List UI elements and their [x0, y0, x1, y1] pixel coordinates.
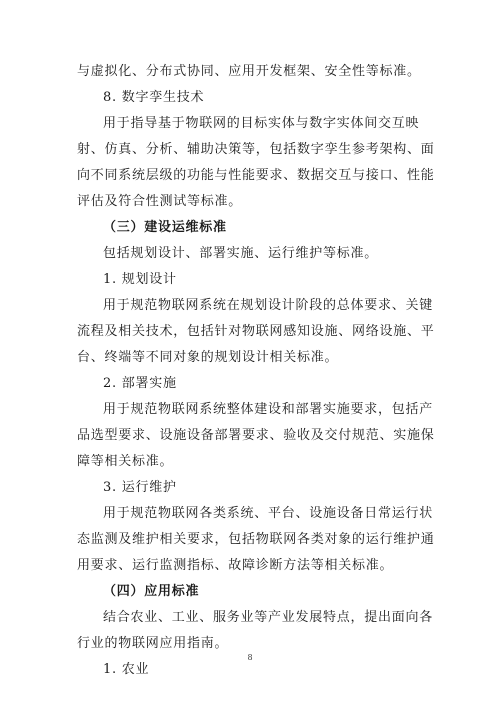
paragraph-line: 品选型要求、设施设备部署要求、验收及交付规范、实施保 [77, 423, 427, 449]
paragraph-line: 用要求、运行监测指标、故障诊断方法等相关标准。 [77, 553, 427, 579]
paragraph-line: 向不同系统层级的功能与性能要求、数据交互与接口、性能 [77, 163, 427, 189]
paragraph-continuation: 与虚拟化、分布式协同、应用开发框架、安全性等标准。 [77, 59, 427, 85]
page-body: 与虚拟化、分布式协同、应用开发框架、安全性等标准。 8. 数字孪生技术 用于指导… [77, 59, 427, 683]
page-number: 8 [0, 653, 500, 662]
document-page: 与虚拟化、分布式协同、应用开发框架、安全性等标准。 8. 数字孪生技术 用于指导… [0, 0, 500, 707]
paragraph-line: 射、仿真、分析、辅助决策等，包括数字孪生参考架构、面 [77, 137, 427, 163]
paragraph-line: 包括规划设计、部署实施、运行维护等标准。 [77, 241, 427, 267]
paragraph-line: 台、终端等不同对象的规划设计相关标准。 [77, 345, 427, 371]
subsection-heading-deployment: 2. 部署实施 [77, 371, 427, 397]
paragraph-line: 结合农业、工业、服务业等产业发展特点，提出面向各 [77, 605, 427, 631]
subsection-heading-operation-maintenance: 3. 运行维护 [77, 475, 427, 501]
paragraph-line: 障等相关标准。 [77, 449, 427, 475]
paragraph-line: 用于指导基于物联网的目标实体与数字实体间交互映 [77, 111, 427, 137]
section-heading-construction-operation: （三）建设运维标准 [77, 215, 427, 241]
paragraph-line: 用于规范物联网系统在规划设计阶段的总体要求、关键 [77, 293, 427, 319]
section-heading-application: （四）应用标准 [77, 579, 427, 605]
paragraph-line: 评估及符合性测试等标准。 [77, 189, 427, 215]
paragraph-line: 用于规范物联网系统整体建设和部署实施要求，包括产 [77, 397, 427, 423]
subsection-heading-digital-twin: 8. 数字孪生技术 [77, 85, 427, 111]
subsection-heading-planning-design: 1. 规划设计 [77, 267, 427, 293]
paragraph-line: 态监测及维护相关要求，包括物联网各类对象的运行维护通 [77, 527, 427, 553]
paragraph-line: 用于规范物联网各类系统、平台、设施设备日常运行状 [77, 501, 427, 527]
paragraph-line: 流程及相关技术，包括针对物联网感知设施、网络设施、平 [77, 319, 427, 345]
